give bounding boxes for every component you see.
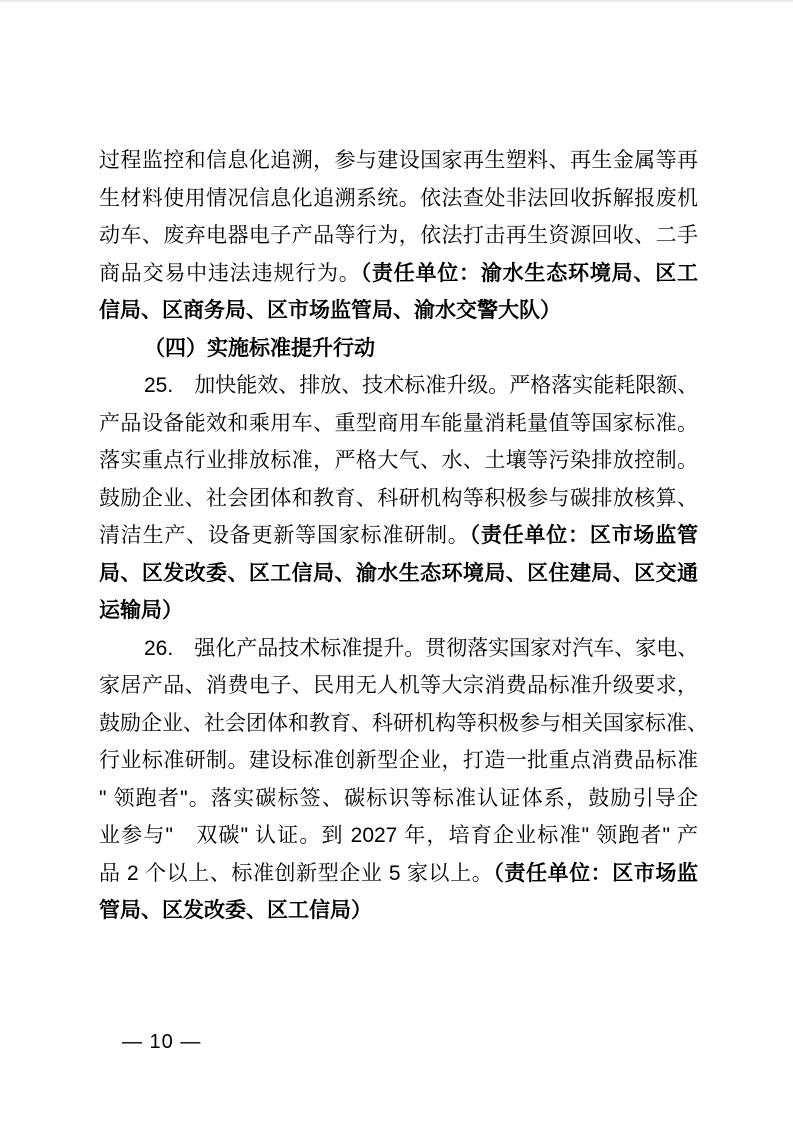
text-line: 信局、区商务局、区市场监管局、渝水交警大队） (99, 292, 698, 330)
text-line: 业参与" 双碳" 认证。到 2027 年，培育企业标准" 领跑者" 产 (99, 817, 698, 855)
paragraph-recycling: 过程监控和信息化追溯，参与建设国家再生塑料、再生金属等再 生材料使用情况信息化追… (99, 142, 698, 330)
section-heading-4: （四）实施标准提升行动 (99, 330, 698, 368)
text-line: 产品设备能效和乘用车、重型商用车能量消耗量值等国家标准。 (99, 405, 698, 443)
line-regular-text: 品 2 个以上、标准创新型企业 5 家以上。 (99, 862, 493, 885)
line-regular-text: 清洁生产、设备更新等国家标准研制。 (99, 524, 470, 547)
text-line: 落实重点行业排放标准，严格大气、水、土壤等污染排放控制。 (99, 442, 698, 480)
paragraph-25: 25. 加快能效、排放、技术标准升级。严格落实能耗限额、 产品设备能效和乘用车、… (99, 367, 698, 630)
page-number: — 10 — (122, 1030, 201, 1054)
line-regular-text: 行业标准研制。建设标准创新型企业，打造一批重点消费品标准 (99, 749, 698, 772)
line-regular-text: 25. 加快能效、排放、技术标准升级。严格落实能耗限额、 (144, 374, 698, 397)
line-regular-text: 商品交易中违法违规行为。 (99, 262, 361, 285)
line-regular-text: 生材料使用情况信息化追溯系统。依法查处非法回收拆解报废机 (99, 187, 698, 210)
text-line: 管局、区发改委、区工信局） (99, 892, 698, 930)
line-regular-text: 26. 强化产品技术标准提升。贯彻落实国家对汽车、家电、 (144, 637, 698, 660)
line-bold-text: 信局、区商务局、区市场监管局、渝水交警大队） (99, 299, 561, 322)
line-regular-text: 产品设备能效和乘用车、重型商用车能量消耗量值等国家标准。 (99, 412, 698, 435)
text-line: 运输局） (99, 592, 698, 630)
text-line: 生材料使用情况信息化追溯系统。依法查处非法回收拆解报废机 (99, 180, 698, 218)
line-bold-text: 局、区发改委、区工信局、渝水生态环境局、区住建局、区交通 (99, 562, 698, 585)
line-regular-text: " 领跑者"。落实碳标签、碳标识等标准认证体系，鼓励引导企 (99, 787, 698, 810)
text-line: 商品交易中违法违规行为。（责任单位：渝水生态环境局、区工 (99, 255, 698, 293)
text-line: 25. 加快能效、排放、技术标准升级。严格落实能耗限额、 (99, 367, 698, 405)
line-bold-text: （责任单位：渝水生态环境局、区工 (361, 262, 698, 285)
page-top-edge (0, 0, 793, 2)
line-regular-text: 落实重点行业排放标准，严格大气、水、土壤等污染排放控制。 (99, 449, 698, 472)
text-line: 行业标准研制。建设标准创新型企业，打造一批重点消费品标准 (99, 742, 698, 780)
text-line: 动车、废弃电器电子产品等行为，依法打击再生资源回收、二手 (99, 217, 698, 255)
line-bold-text: （四）实施标准提升行动 (144, 337, 375, 360)
line-regular-text: 鼓励企业、社会团体和教育、科研机构等积极参与相关国家标准、 (99, 712, 698, 735)
line-bold-text: 管局、区发改委、区工信局） (99, 899, 372, 922)
text-line: 过程监控和信息化追溯，参与建设国家再生塑料、再生金属等再 (99, 142, 698, 180)
line-regular-text: 鼓励企业、社会团体和教育、科研机构等积极参与碳排放核算、 (99, 487, 698, 510)
line-regular-text: 过程监控和信息化追溯，参与建设国家再生塑料、再生金属等再 (99, 149, 698, 172)
line-regular-text: 家居产品、消费电子、民用无人机等大宗消费品标准升级要求， (99, 674, 698, 697)
line-bold-text: 运输局） (99, 599, 183, 622)
text-line: 局、区发改委、区工信局、渝水生态环境局、区住建局、区交通 (99, 555, 698, 593)
text-line: 鼓励企业、社会团体和教育、科研机构等积极参与相关国家标准、 (99, 705, 698, 743)
text-line: " 领跑者"。落实碳标签、碳标识等标准认证体系，鼓励引导企 (99, 780, 698, 818)
line-regular-text: 动车、废弃电器电子产品等行为，依法打击再生资源回收、二手 (99, 224, 698, 247)
text-line: 家居产品、消费电子、民用无人机等大宗消费品标准升级要求， (99, 667, 698, 705)
line-bold-text: （责任单位：区市场监管 (470, 524, 698, 547)
text-line: 清洁生产、设备更新等国家标准研制。（责任单位：区市场监管 (99, 517, 698, 555)
paragraph-26: 26. 强化产品技术标准提升。贯彻落实国家对汽车、家电、 家居产品、消费电子、民… (99, 630, 698, 930)
text-line: 鼓励企业、社会团体和教育、科研机构等积极参与碳排放核算、 (99, 480, 698, 518)
heading-line: （四）实施标准提升行动 (99, 330, 698, 368)
document-body: 过程监控和信息化追溯，参与建设国家再生塑料、再生金属等再 生材料使用情况信息化追… (99, 142, 698, 930)
text-line: 品 2 个以上、标准创新型企业 5 家以上。（责任单位：区市场监 (99, 855, 698, 893)
document-page: 过程监控和信息化追溯，参与建设国家再生塑料、再生金属等再 生材料使用情况信息化追… (0, 0, 793, 1122)
line-regular-text: 业参与" 双碳" 认证。到 2027 年，培育企业标准" 领跑者" 产 (99, 824, 698, 847)
text-line: 26. 强化产品技术标准提升。贯彻落实国家对汽车、家电、 (99, 630, 698, 668)
line-bold-text: （责任单位：区市场监 (493, 862, 698, 885)
